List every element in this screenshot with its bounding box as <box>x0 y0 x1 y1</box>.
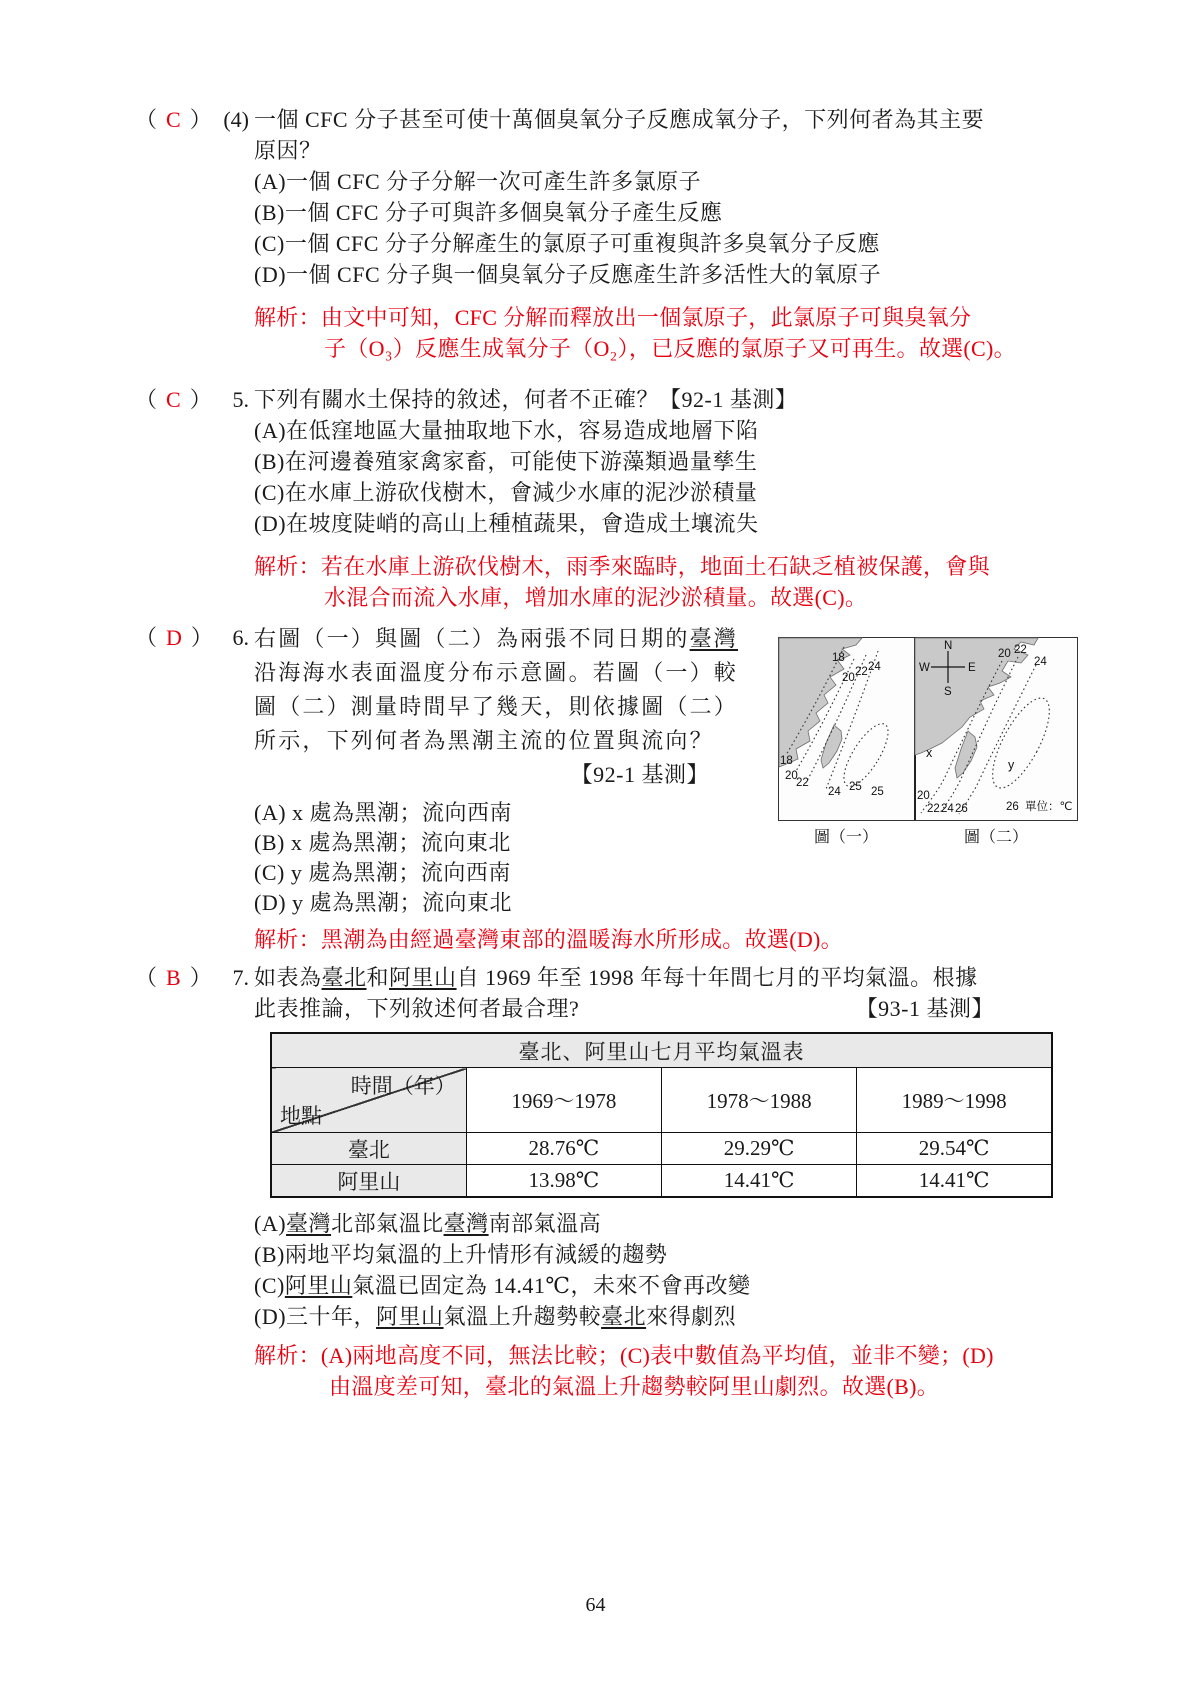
option-d: (D)一個 CFC 分子與一個臭氧分子反應產生許多活性大的氧原子 <box>254 259 1091 290</box>
table-title-row: 臺北、阿里山七月平均氣溫表 <box>271 1033 1052 1068</box>
page-number: 64 <box>0 1594 1191 1617</box>
isotherm-label: 25 <box>871 786 884 798</box>
answer-paren-open: （ <box>135 387 157 412</box>
answer-letter: C <box>157 387 190 412</box>
option-text: 來得劇烈 <box>646 1304 736 1329</box>
sst-maps-figure: 18 20 22 24 18 20 22 24 25 25 N W E S <box>778 637 1078 854</box>
sst-maps-svg: 18 20 22 24 18 20 22 24 25 25 N W E S <box>778 637 1078 849</box>
underlined-term: 阿里山 <box>285 1273 353 1298</box>
exam-tag: 【93-1 基測】 <box>856 993 994 1024</box>
stem-text: 此表推論，下列敘述何者最合理? <box>254 993 579 1024</box>
option-c: (C)在水庫上游砍伐樹木，會減少水庫的泥沙淤積量 <box>254 477 1091 508</box>
question-number: (4) <box>207 104 254 135</box>
question-number: 7. <box>207 962 254 993</box>
column-header: 1978～1988 <box>662 1068 857 1133</box>
answer-mark: （C） <box>135 104 207 135</box>
option-b: (B)在河邊養殖家禽家畜，可能使下游藻類過量孳生 <box>254 446 1091 477</box>
analysis-line: 解析：若在水庫上游砍伐樹木，雨季來臨時，地面土石缺乏植被保護，會與 <box>254 551 1091 582</box>
analysis-line: 解析：(A)兩地高度不同，無法比較；(C)表中數值為平均值，並非不變；(D) <box>254 1340 1125 1371</box>
table-header-row: 時間（年） 地點 1969～1978 1978～1988 1989～1998 <box>271 1068 1052 1133</box>
temperature-table: 臺北、阿里山七月平均氣溫表 時間（年） 地點 1969～1978 1978～19… <box>270 1032 1053 1198</box>
question-number: 6. <box>207 622 254 653</box>
table-corner-cell: 時間（年） 地點 <box>271 1068 466 1133</box>
stem-text: 和 <box>367 965 390 990</box>
option-d: (D)在坡度陡峭的高山上種植蔬果，會造成土壤流失 <box>254 508 1091 539</box>
isotherm-label: 22 <box>1014 644 1027 656</box>
row-label: 臺北 <box>271 1133 466 1165</box>
underlined-term: 臺灣 <box>286 1211 331 1236</box>
answer-paren-open: （ <box>135 625 157 650</box>
analysis: 解析：若在水庫上游砍伐樹木，雨季來臨時，地面土石缺乏植被保護，會與 水混合而流入… <box>254 551 1091 613</box>
corner-label-time: 時間（年） <box>351 1070 456 1100</box>
answer-mark: （D） <box>135 622 207 653</box>
analysis-line: 解析：由文中可知，CFC 分解而釋放出一個氯原子，此氯原子可與臭氧分 <box>254 302 1091 333</box>
option-text: (A) <box>254 1211 286 1236</box>
question-number: 5. <box>207 384 254 415</box>
compass-s: S <box>944 686 952 698</box>
isotherm-label: 22 <box>855 666 868 678</box>
underlined-term: 阿里山 <box>389 965 457 990</box>
option-c: (C)阿里山氣溫已固定為 14.41℃，未來不會再改變 <box>254 1270 1125 1301</box>
answer-paren-open: （ <box>135 107 157 132</box>
isotherm-label: 20 <box>998 648 1011 660</box>
option-a: (A)在低窪地區大量抽取地下水，容易造成地層下陷 <box>254 415 1091 446</box>
table-value: 28.76℃ <box>466 1133 661 1165</box>
table-value: 14.41℃ <box>857 1165 1052 1198</box>
stem-text: 自 1969 年至 1998 年每十年間七月的平均氣溫。根據 <box>457 965 978 990</box>
option-text: 氣溫上升趨勢較 <box>444 1304 602 1329</box>
isotherm-label: 24 <box>941 803 954 815</box>
table-title: 臺北、阿里山七月平均氣溫表 <box>271 1033 1052 1068</box>
compass-e: E <box>968 662 976 674</box>
isotherm-label: 25 <box>849 781 862 793</box>
underlined-term: 臺北 <box>322 965 367 990</box>
question-block-6: （D） 6. 右圖（一）與圖（二）為兩張不同日期的臺灣 沿海海水表面溫度分布示意… <box>135 622 1091 955</box>
isotherm-label: 18 <box>832 652 845 664</box>
isotherm-label: 24 <box>828 786 841 798</box>
stem-line: 此表推論，下列敘述何者最合理?【93-1 基測】 <box>254 993 994 1024</box>
corner-label-place: 地點 <box>280 1100 322 1130</box>
option-d: (D)三十年，阿里山氣溫上升趨勢較臺北來得劇烈 <box>254 1301 1125 1332</box>
underlined-term: 臺灣 <box>444 1211 489 1236</box>
isotherm-label: 26 <box>955 803 968 815</box>
isotherm-label: 26 <box>1006 801 1019 813</box>
option-text: (D)三十年， <box>254 1304 376 1329</box>
question-block-4: （C） (4) 一個 CFC 分子甚至可使十萬個臭氧分子反應成氧分子，下列何者為… <box>135 104 1091 364</box>
option-d: (D) y 處為黑潮；流向東北 <box>254 888 1091 918</box>
point-y-label: y <box>1008 758 1015 772</box>
row-label: 阿里山 <box>271 1165 466 1198</box>
isotherm-label: 20 <box>917 790 930 802</box>
option-text: 北部氣溫比 <box>331 1211 444 1236</box>
options: (A)臺灣北部氣溫比臺灣南部氣溫高 (B)兩地平均氣溫的上升情形有減緩的趨勢 (… <box>254 1208 1125 1332</box>
point-x-label: x <box>926 746 933 760</box>
option-a: (A)臺灣北部氣溫比臺灣南部氣溫高 <box>254 1208 1125 1239</box>
stem-text: 右圖（一）與圖（二）為兩張不同日期的 <box>254 626 690 651</box>
stem-line: 一個 CFC 分子甚至可使十萬個臭氧分子反應成氧分子，下列何者為其主要 <box>254 104 1091 135</box>
underlined-term: 臺北 <box>601 1304 646 1329</box>
option-b: (B)兩地平均氣溫的上升情形有減緩的趨勢 <box>254 1239 1125 1270</box>
underlined-term: 阿里山 <box>376 1304 444 1329</box>
question-block-7: （B） 7. 如表為臺北和阿里山自 1969 年至 1998 年每十年間七月的平… <box>135 962 1125 1402</box>
stem-text: 如表為 <box>254 965 322 990</box>
isotherm-label: 24 <box>868 661 881 673</box>
compass-n: N <box>944 640 952 652</box>
isotherm-label: 18 <box>780 755 793 767</box>
column-header: 1989～1998 <box>857 1068 1052 1133</box>
compass-w: W <box>919 662 930 674</box>
isotherm-label: 24 <box>1034 656 1047 668</box>
answer-mark: （C） <box>135 384 207 415</box>
analysis: 解析：黑潮為由經過臺灣東部的溫暖海水所形成。故選(D)。 <box>254 924 1091 955</box>
option-text: 氣溫已固定為 14.41℃，未來不會再改變 <box>352 1273 750 1298</box>
stem-line: 如表為臺北和阿里山自 1969 年至 1998 年每十年間七月的平均氣溫。根據 <box>254 962 1125 993</box>
answer-mark: （B） <box>135 962 207 993</box>
stem-line: 下列有關水土保持的敘述，何者不正確？【92-1 基測】 <box>254 384 1091 415</box>
options: (A)在低窪地區大量抽取地下水，容易造成地層下陷 (B)在河邊養殖家禽家畜，可能… <box>254 415 1091 539</box>
column-header: 1969～1978 <box>466 1068 661 1133</box>
isotherm-label: 22 <box>927 803 940 815</box>
option-text: 南部氣溫高 <box>489 1211 602 1236</box>
analysis-line: 水混合而流入水庫，增加水庫的泥沙淤積量。故選(C)。 <box>324 582 1091 613</box>
map1-caption: 圖（一） <box>814 828 878 846</box>
answer-letter: B <box>157 965 190 990</box>
table-row: 臺北 28.76℃ 29.29℃ 29.54℃ <box>271 1133 1052 1165</box>
answer-letter: C <box>157 107 190 132</box>
answer-letter: D <box>157 625 191 650</box>
option-a: (A)一個 CFC 分子分解一次可產生許多氯原子 <box>254 166 1091 197</box>
analysis: 解析：由文中可知，CFC 分解而釋放出一個氯原子，此氯原子可與臭氧分 子（O₃）… <box>254 302 1091 364</box>
table-row: 阿里山 13.98℃ 14.41℃ 14.41℃ <box>271 1165 1052 1198</box>
map2-caption: 圖（二） <box>964 828 1028 846</box>
isotherm-label: 22 <box>796 777 809 789</box>
isotherm-label: 20 <box>842 672 855 684</box>
table-value: 14.41℃ <box>662 1165 857 1198</box>
unit-label: 單位：℃ <box>1025 800 1072 813</box>
analysis-line: 由溫度差可知，臺北的氣溫上升趨勢較阿里山劇烈。故選(B)。 <box>329 1371 1125 1402</box>
option-c: (C) y 處為黑潮；流向西南 <box>254 858 1091 888</box>
table-value: 29.54℃ <box>857 1133 1052 1165</box>
answer-paren-open: （ <box>135 965 157 990</box>
option-c: (C)一個 CFC 分子分解產生的氯原子可重複與許多臭氧分子反應 <box>254 228 1091 259</box>
stem-line: 原因？ <box>254 135 1091 166</box>
analysis: 解析：(A)兩地高度不同，無法比較；(C)表中數值為平均值，並非不變；(D) 由… <box>254 1340 1125 1402</box>
option-text: (C) <box>254 1273 285 1298</box>
analysis-line: 子（O₃）反應生成氧分子（O₂），已反應的氯原子又可再生。故選(C)。 <box>324 333 1091 364</box>
question-block-5: （C） 5. 下列有關水土保持的敘述，何者不正確？【92-1 基測】 (A)在低… <box>135 384 1091 613</box>
table-value: 13.98℃ <box>466 1165 661 1198</box>
options: (A)一個 CFC 分子分解一次可產生許多氯原子 (B)一個 CFC 分子可與許… <box>254 166 1091 290</box>
option-b: (B)一個 CFC 分子可與許多個臭氧分子產生反應 <box>254 197 1091 228</box>
exam-tag: 【92-1 基測】 <box>254 758 709 792</box>
underlined-term: 臺灣 <box>690 626 738 651</box>
analysis-line: 解析：黑潮為由經過臺灣東部的溫暖海水所形成。故選(D)。 <box>254 924 1091 955</box>
table-value: 29.29℃ <box>662 1133 857 1165</box>
